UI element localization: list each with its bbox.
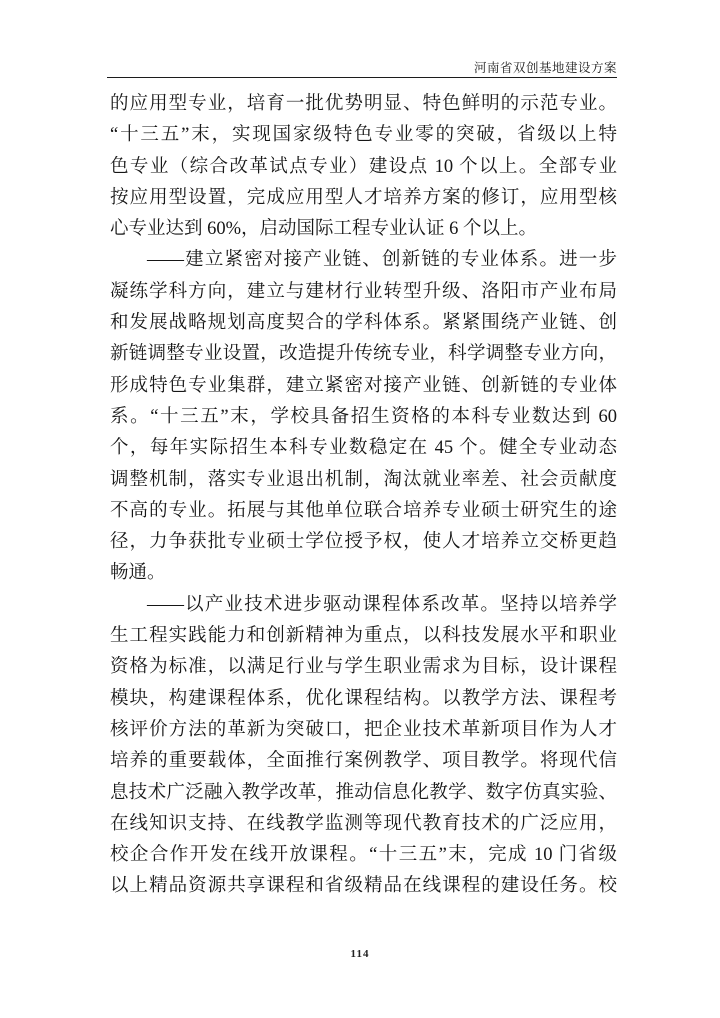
text-line: 凝练学科方向，建立与建材行业转型升级、洛阳市产业布局 xyxy=(110,277,617,308)
document-body: 的应用型专业，培育一批优势明显、特色鲜明的示范专业。“十三五”末，实现国家级特色… xyxy=(110,89,617,903)
document-page: 河南省双创基地建设方案 的应用型专业，培育一批优势明显、特色鲜明的示范专业。“十… xyxy=(0,0,720,1018)
text-line: 校企合作开发在线开放课程。“十三五”末，完成 10 门省级 xyxy=(110,840,617,871)
text-line: ——以产业技术进步驱动课程体系改革。坚持以培养学 xyxy=(110,590,617,621)
text-line: 心专业达到 60%，启动国际工程专业认证 6 个以上。 xyxy=(110,214,617,245)
text-line: 色专业（综合改革试点专业）建设点 10 个以上。全部专业 xyxy=(110,152,617,183)
page-header-title: 河南省双创基地建设方案 xyxy=(107,58,617,76)
text-line: 的应用型专业，培育一批优势明显、特色鲜明的示范专业。 xyxy=(110,89,617,120)
text-line: 息技术广泛融入教学改革，推动信息化教学、数字仿真实验、 xyxy=(110,778,617,809)
text-line: 按应用型设置，完成应用型人才培养方案的修订，应用型核 xyxy=(110,183,617,214)
text-line: 模块，构建课程体系，优化课程结构。以教学方法、课程考 xyxy=(110,684,617,715)
page-number: 114 xyxy=(351,948,370,960)
text-line: 系。“十三五”末，学校具备招生资格的本科专业数达到 60 xyxy=(110,402,617,433)
text-line: 培养的重要载体，全面推行案例教学、项目教学。将现代信 xyxy=(110,746,617,777)
text-line: “十三五”末，实现国家级特色专业零的突破，省级以上特 xyxy=(110,120,617,151)
text-line: 径，力争获批专业硕士学位授予权，使人才培养立交桥更趋 xyxy=(110,527,617,558)
text-line: 生工程实践能力和创新精神为重点，以科技发展水平和职业 xyxy=(110,621,617,652)
text-line: 资格为标准，以满足行业与学生职业需求为目标，设计课程 xyxy=(110,652,617,683)
text-line: 形成特色专业集群，建立紧密对接产业链、创新链的专业体 xyxy=(110,371,617,402)
text-line: 在线知识支持、在线教学监测等现代教育技术的广泛应用， xyxy=(110,809,617,840)
text-line: 以上精品资源共享课程和省级精品在线课程的建设任务。校 xyxy=(110,871,617,902)
text-line: 和发展战略规划高度契合的学科体系。紧紧围绕产业链、创 xyxy=(110,308,617,339)
text-line: 调整机制，落实专业退出机制，淘汰就业率差、社会贡献度 xyxy=(110,465,617,496)
text-line: 畅通。 xyxy=(110,558,617,589)
text-line: 不高的专业。拓展与其他单位联合培养专业硕士研究生的途 xyxy=(110,496,617,527)
text-line: 新链调整专业设置，改造提升传统专业，科学调整专业方向， xyxy=(110,339,617,370)
header-rule xyxy=(107,77,617,78)
text-line: 个，每年实际招生本科专业数稳定在 45 个。健全专业动态 xyxy=(110,433,617,464)
page-footer: 114 xyxy=(0,944,720,962)
text-line: ——建立紧密对接产业链、创新链的专业体系。进一步 xyxy=(110,245,617,276)
text-line: 核评价方法的革新为突破口，把企业技术革新项目作为人才 xyxy=(110,715,617,746)
